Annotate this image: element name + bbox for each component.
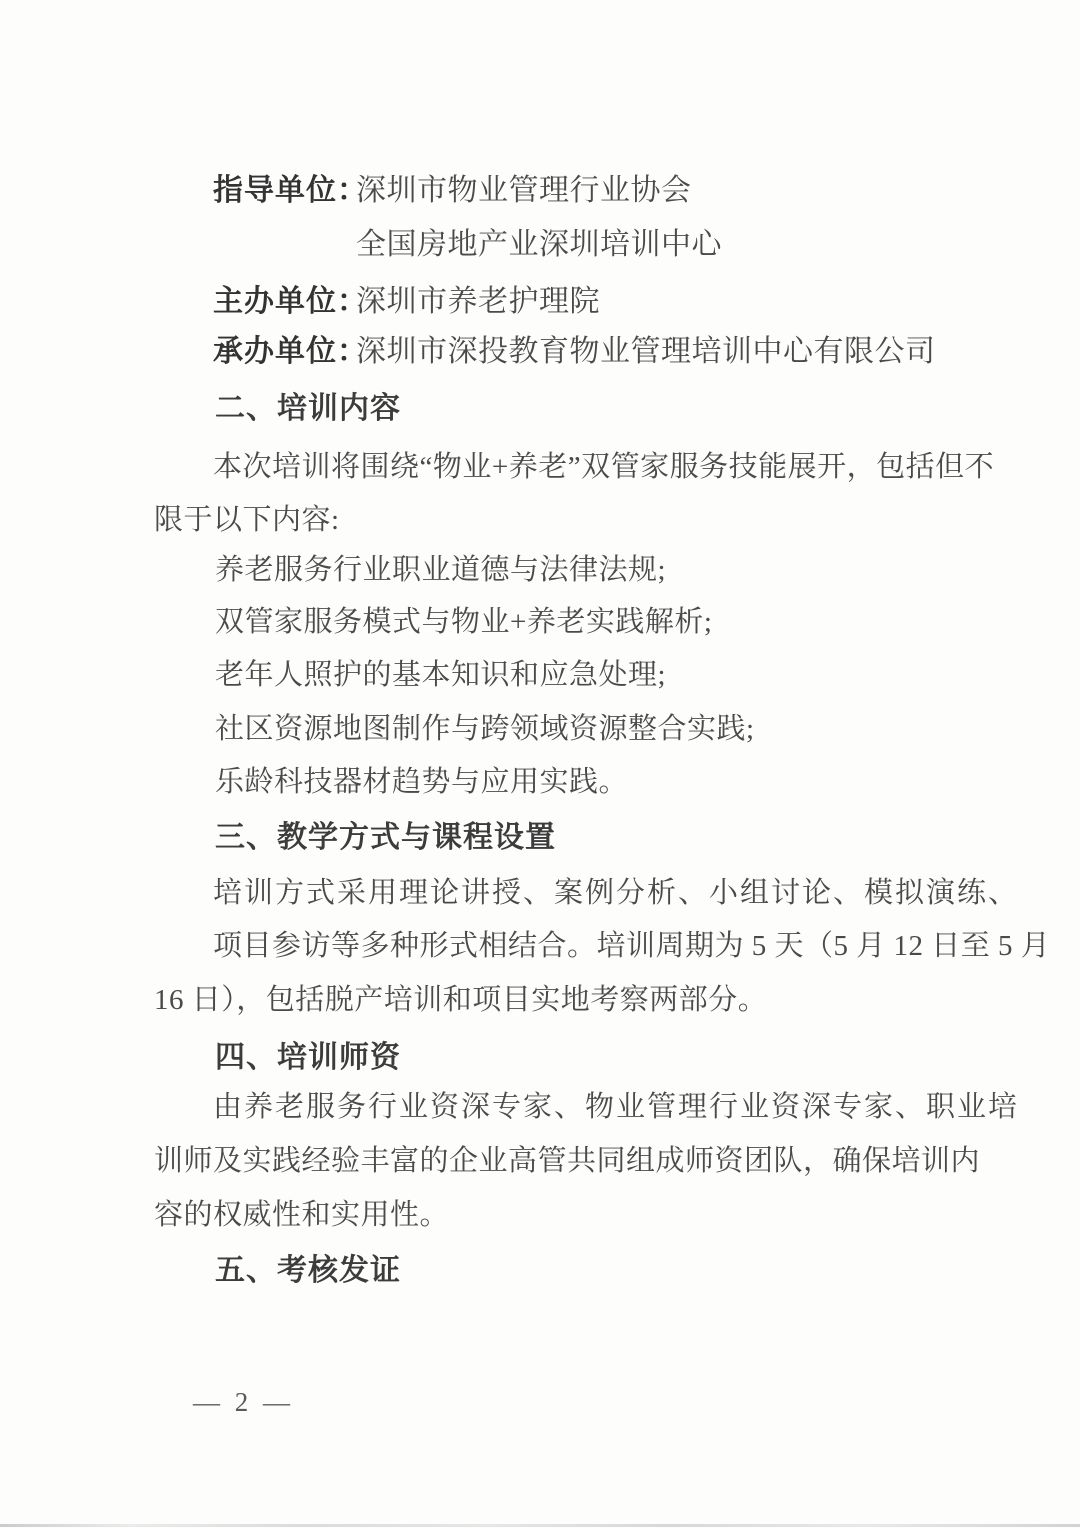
scanned-document-page: 指导单位： 深圳市物业管理行业协会 全国房地产业深圳培训中心 主办单位： 深圳市…	[0, 0, 1080, 1528]
teaching-methods-line-1: 培训方式采用理论讲授、案例分析、小组讨论、模拟演练、	[213, 876, 1019, 911]
training-content-item: 老年人照护的基本知识和应急处理;	[215, 658, 666, 693]
page-number: — 2 —	[193, 1386, 294, 1418]
faculty-line-1: 由养老服务行业资深专家、物业管理行业资深专家、职业培	[213, 1090, 1019, 1125]
guidance-unit-value-1: 深圳市物业管理行业协会	[356, 173, 692, 209]
training-content-intro-line-1: 本次培训将围绕“物业+养老”双管家服务技能展开，包括但不	[213, 450, 994, 485]
section-heading-assessment: 五、考核发证	[215, 1253, 401, 1289]
guidance-unit-value-2: 全国房地产业深圳培训中心	[356, 227, 722, 263]
host-unit-label: 主办单位：	[213, 284, 368, 320]
faculty-line-2: 训师及实践经验丰富的企业高管共同组成师资团队，确保培训内	[154, 1144, 980, 1179]
section-heading-faculty: 四、培训师资	[215, 1040, 401, 1076]
teaching-methods-line-2: 项目参访等多种形式相结合。培训周期为 5 天（5 月 12 日至 5 月	[213, 929, 1050, 964]
training-content-intro-line-2: 限于以下内容:	[154, 503, 340, 538]
training-content-item: 双管家服务模式与物业+养老实践解析;	[215, 605, 712, 640]
organizer-unit-label: 承办单位：	[213, 334, 368, 370]
teaching-methods-line-3: 16 日），包括脱产培训和项目实地考察两部分。	[154, 983, 767, 1018]
section-heading-teaching-methods: 三、教学方式与课程设置	[215, 820, 556, 856]
training-content-item: 乐龄科技器材趋势与应用实践。	[215, 765, 628, 800]
section-heading-training-content: 二、培训内容	[215, 391, 401, 427]
host-unit-value: 深圳市养老护理院	[356, 284, 600, 320]
training-content-item: 养老服务行业职业道德与法律法规;	[215, 553, 666, 588]
faculty-line-3: 容的权威性和实用性。	[154, 1198, 449, 1233]
guidance-unit-label: 指导单位：	[213, 173, 368, 209]
scan-edge-artifact	[0, 1524, 1080, 1527]
organizer-unit-value: 深圳市深投教育物业管理培训中心有限公司	[356, 334, 936, 370]
training-content-item: 社区资源地图制作与跨领域资源整合实践;	[215, 712, 755, 747]
